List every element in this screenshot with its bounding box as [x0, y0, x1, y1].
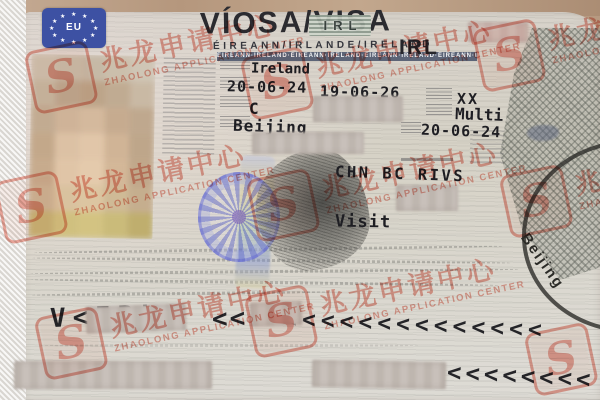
redacted-mrz-line2-mid: [312, 360, 446, 389]
redacted-name: [252, 132, 364, 154]
field-label-issue-date: [401, 122, 421, 133]
eu-star-icon: ★: [60, 38, 65, 44]
eu-label: EU: [42, 22, 106, 33]
passport-page-left-edge: [0, 0, 26, 400]
field-label-valid-for: [220, 58, 250, 69]
ink-smudge: [527, 125, 559, 141]
field-label-visa-number: [401, 158, 453, 161]
mrz-line1-separator: <<: [211, 303, 247, 334]
passport-page-photo: ★ ★ ★ ★ ★ ★ ★ ★ ★ ★ ★ ★ EU VÍOSA/VISA IR…: [0, 0, 600, 400]
applicant-photo-redacted: [28, 54, 155, 239]
eu-star-icon: ★: [71, 40, 76, 46]
eu-star-icon: ★: [52, 33, 57, 39]
irl-guilloche-badge: IRL: [309, 15, 371, 36]
microtext-column: [162, 58, 216, 155]
eu-star-icon: ★: [90, 33, 95, 39]
field-label-duration: [426, 88, 452, 99]
field-purpose: Visit: [335, 212, 392, 233]
field-label-entries: [426, 104, 452, 115]
redacted-corner-text: [468, 22, 528, 42]
guilloche-wave: [40, 344, 420, 347]
eu-star-icon: ★: [60, 14, 65, 20]
field-visa-type: C: [249, 99, 259, 118]
eu-star-icon: ★: [71, 12, 76, 18]
field-issue-date: 20-06-24: [421, 121, 502, 142]
redacted-mrz-name: [86, 303, 187, 333]
country-code: IRL: [399, 36, 439, 60]
field-from-date: 20-06-24: [227, 77, 308, 96]
field-label-type: [220, 96, 250, 107]
redacted-passport-number: [313, 96, 403, 122]
eu-emblem: ★ ★ ★ ★ ★ ★ ★ ★ ★ ★ ★ ★ EU: [42, 8, 106, 48]
redacted-mrz-line2-left: [14, 361, 212, 389]
redacted-visa-number: [396, 185, 458, 211]
field-valid-for: Ireland: [251, 60, 310, 77]
eu-star-icon: ★: [82, 14, 87, 20]
eu-star-icon: ★: [82, 38, 87, 44]
redacted-mrz-segment: [250, 301, 303, 327]
